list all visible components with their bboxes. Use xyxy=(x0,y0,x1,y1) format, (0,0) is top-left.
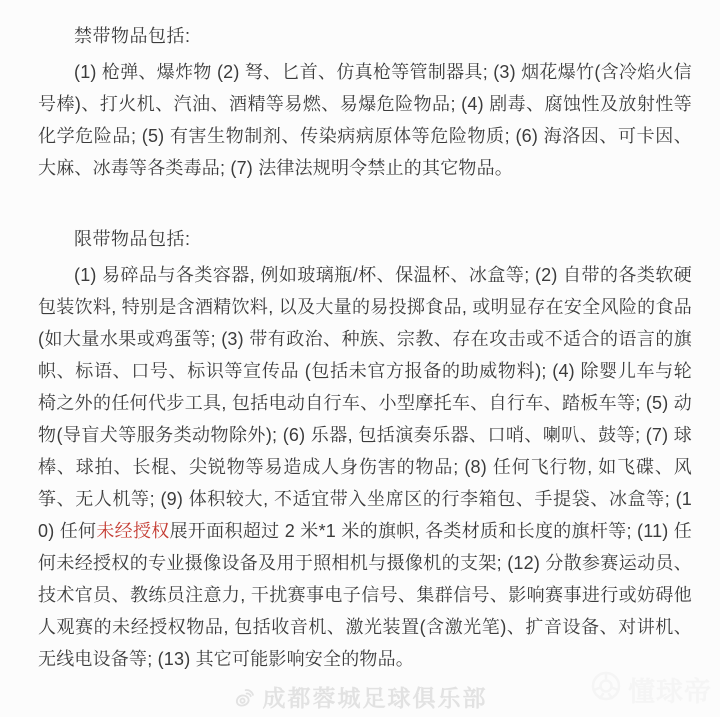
announcement-document: 禁带物品包括: (1) 枪弹、爆炸物 (2) 弩、匕首、仿真枪等管制器具; (3… xyxy=(0,0,720,675)
body-text-segment: (1) 易碎品与各类容器, 例如玻璃瓶/杯、保温杯、冰盒等; (2) 自带的各类… xyxy=(38,265,692,541)
section-prohibited-items: 禁带物品包括: (1) 枪弹、爆炸物 (2) 弩、匕首、仿真枪等管制器具; (3… xyxy=(38,20,692,184)
restricted-items-heading: 限带物品包括: xyxy=(38,223,692,255)
dongqiudi-watermark: 懂球帝 xyxy=(588,668,712,711)
weibo-watermark: 成都蓉城足球俱乐部 xyxy=(233,680,488,713)
body-text-segment: 展开面积超过 2 米*1 米的旗帜, 各类材质和长度的旗杆等; (11) 任何未… xyxy=(38,521,692,669)
restricted-items-body: (1) 易碎品与各类容器, 例如玻璃瓶/杯、保温杯、冰盒等; (2) 自带的各类… xyxy=(38,259,692,675)
section-restricted-items: 限带物品包括: (1) 易碎品与各类容器, 例如玻璃瓶/杯、保温杯、冰盒等; (… xyxy=(38,223,692,675)
dongqiudi-icon xyxy=(588,668,624,711)
weibo-icon xyxy=(230,682,258,710)
prohibited-items-body: (1) 枪弹、爆炸物 (2) 弩、匕首、仿真枪等管制器具; (3) 烟花爆竹(含… xyxy=(38,56,692,184)
body-text-segment: (1) 枪弹、爆炸物 (2) 弩、匕首、仿真枪等管制器具; (3) 烟花爆竹(含… xyxy=(38,62,692,178)
dongqiudi-watermark-text: 懂球帝 xyxy=(628,670,712,709)
weibo-watermark-text: 成都蓉城足球俱乐部 xyxy=(263,680,488,713)
unauthorized-highlight: 未经授权 xyxy=(96,521,169,541)
prohibited-items-heading: 禁带物品包括: xyxy=(38,20,692,52)
